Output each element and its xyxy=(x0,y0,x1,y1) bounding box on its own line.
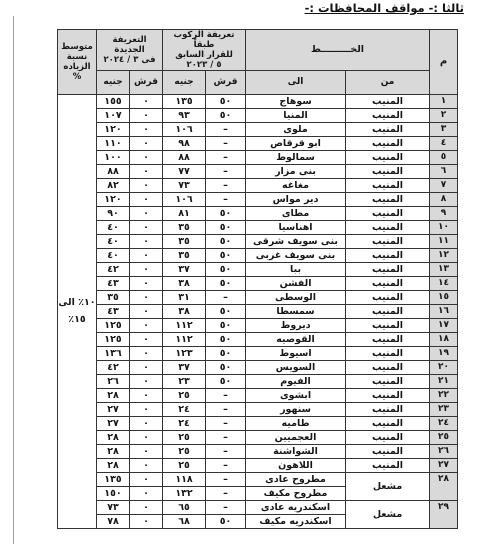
from-cell: المنيب xyxy=(346,277,430,291)
prev-qirsh-cell: – xyxy=(206,123,246,137)
new-pound-cell: ٢٦ xyxy=(97,375,130,389)
from-cell: المنيب xyxy=(346,403,430,417)
new-pound-cell: ٣٥ xyxy=(97,291,130,305)
new-qirsh-cell: ٠ xyxy=(130,515,163,529)
prev-pound-cell: ١٠٦ xyxy=(163,193,206,207)
to-cell: مطروح مكيف xyxy=(246,487,346,501)
table-row: ٢٦المنيبالشواشنة–٢٥٠٢٨ xyxy=(58,445,458,459)
table-header: م الخـــــــــط تعريفة الركوب طبقاً للقر… xyxy=(58,30,458,95)
to-cell: بنى سويف غربى xyxy=(246,249,346,263)
header-increase: متوسط نسبة الزياده % xyxy=(58,30,97,95)
from-cell: المنيب xyxy=(346,249,430,263)
prev-pound-cell: ١٢٣ xyxy=(163,347,206,361)
from-cell: المنيب xyxy=(346,333,430,347)
prev-pound-cell: ٩٨ xyxy=(163,137,206,151)
prev-pound-cell: ٢٤ xyxy=(163,403,206,417)
to-cell: ابشوى xyxy=(246,389,346,403)
serial-cell: ٩ xyxy=(430,207,458,221)
from-cell: مشعل xyxy=(346,473,430,501)
table-row: ١٤المنيبالفشن٥٠٣٨٠٤٣ xyxy=(58,277,458,291)
to-cell: الفشن xyxy=(246,277,346,291)
from-cell: المنيب xyxy=(346,221,430,235)
serial-cell: ١٩ xyxy=(430,347,458,361)
table-row: ٢١المنيبالفيوم٥٠٢٣٠٢٦ xyxy=(58,375,458,389)
new-pound-cell: ١٠٠ xyxy=(97,151,130,165)
new-pound-cell: ١١٠ xyxy=(97,137,130,151)
new-qirsh-cell: ٠ xyxy=(130,263,163,277)
new-pound-cell: ٤٢ xyxy=(97,361,130,375)
new-qirsh-cell: ٠ xyxy=(130,249,163,263)
prev-qirsh-cell: ٥٠ xyxy=(206,109,246,123)
table-row: ٣المنيبملوى–١٠٦٠١٢٠ xyxy=(58,123,458,137)
prev-pound-cell: ٣٨ xyxy=(163,305,206,319)
to-cell: سنهور xyxy=(246,403,346,417)
new-pound-cell: ١٢٠ xyxy=(97,123,130,137)
header-sub-row: من الى قرش جنيه قرش جنيه xyxy=(58,71,458,95)
new-pound-cell: ٤٠ xyxy=(97,221,130,235)
from-cell: المنيب xyxy=(346,263,430,277)
serial-cell: ٢٢ xyxy=(430,389,458,403)
to-cell: سمالوط xyxy=(246,151,346,165)
prev-qirsh-cell: ٥٠ xyxy=(206,361,246,375)
header-qirsh-prev: قرش xyxy=(206,71,246,95)
new-pound-cell: ٤٢ xyxy=(97,263,130,277)
header-group-row: م الخـــــــــط تعريفة الركوب طبقاً للقر… xyxy=(58,30,458,71)
serial-cell: ١٥ xyxy=(430,291,458,305)
table-row: ١٥المنيبالوسطى–٣١٠٣٥ xyxy=(58,291,458,305)
serial-cell: ١٤ xyxy=(430,277,458,291)
prev-pound-cell: ١١٨ xyxy=(163,473,206,487)
to-cell: بنى مزار xyxy=(246,165,346,179)
new-pound-cell: ٤٠ xyxy=(97,249,130,263)
new-pound-cell: ١٥٥ xyxy=(97,95,130,109)
prev-qirsh-cell: – xyxy=(206,389,246,403)
to-cell: دير مواس xyxy=(246,193,346,207)
prev-pound-cell: ٢٤ xyxy=(163,417,206,431)
new-qirsh-cell: ٠ xyxy=(130,123,163,137)
new-pound-cell: ١٢٥ xyxy=(97,333,130,347)
to-cell: اسكندريه عادى xyxy=(246,501,346,515)
header-from: من xyxy=(346,71,430,95)
to-cell: سمسطا xyxy=(246,305,346,319)
table-row: ١٢المنيببنى سويف غربى٥٠٣٥٠٤٠ xyxy=(58,249,458,263)
table-row: ١٧المنيبديروط٥٠١١٢٠١٢٥ xyxy=(58,319,458,333)
table-row: ٢٤المنيبطاميه–٢٤٠٢٧ xyxy=(58,417,458,431)
prev-pound-cell: ٢٥ xyxy=(163,445,206,459)
new-qirsh-cell: ٠ xyxy=(130,417,163,431)
prev-pound-cell: ٢٣ xyxy=(163,375,206,389)
from-cell: المنيب xyxy=(346,389,430,403)
page-margin-line xyxy=(13,16,14,544)
prev-pound-cell: ٨١ xyxy=(163,207,206,221)
from-cell: المنيب xyxy=(346,417,430,431)
table-row: ٢٣المنيبسنهور–٢٤٠٢٧ xyxy=(58,403,458,417)
to-cell: مطاى xyxy=(246,207,346,221)
increase-value-cell: ١٠٪ الى ١٥٪ xyxy=(58,95,97,529)
new-pound-cell: ٤٠ xyxy=(97,235,130,249)
new-qirsh-cell: ٠ xyxy=(130,403,163,417)
new-pound-cell: ٧٨ xyxy=(97,515,130,529)
new-qirsh-cell: ٠ xyxy=(130,333,163,347)
serial-cell: ٢٥ xyxy=(430,431,458,445)
prev-qirsh-cell: – xyxy=(206,459,246,473)
prev-qirsh-cell: ٥٠ xyxy=(206,95,246,109)
to-cell: مغاغه xyxy=(246,179,346,193)
new-qirsh-cell: ٠ xyxy=(130,361,163,375)
prev-qirsh-cell: – xyxy=(206,193,246,207)
prev-qirsh-cell: – xyxy=(206,473,246,487)
table-row: ٢٠المنيبالسويس٥٠٣٧٠٤٢ xyxy=(58,361,458,375)
header-pound-new: جنيه xyxy=(97,71,130,95)
to-cell: اهناسيا xyxy=(246,221,346,235)
from-cell: المنيب xyxy=(346,109,430,123)
new-qirsh-cell: ٠ xyxy=(130,347,163,361)
new-qirsh-cell: ٠ xyxy=(130,95,163,109)
serial-cell: ١٠ xyxy=(430,221,458,235)
prev-pound-cell: ٨٨ xyxy=(163,151,206,165)
prev-pound-cell: ٧٣ xyxy=(163,179,206,193)
new-pound-cell: ١٥٠ xyxy=(97,487,130,501)
serial-cell: ٢٩ xyxy=(430,501,458,529)
serial-cell: ٢١ xyxy=(430,375,458,389)
prev-pound-cell: ٦٥ xyxy=(163,501,206,515)
new-qirsh-cell: ٠ xyxy=(130,109,163,123)
header-new-tariff: التعريفة الجديدة فى ٣ / ٢٠٢٤ xyxy=(97,30,163,71)
new-qirsh-cell: ٠ xyxy=(130,445,163,459)
prev-pound-cell: ٢٥ xyxy=(163,459,206,473)
table-body: ١المنيبسوهاج٥٠١٣٥٠١٥٥١٠٪ الى ١٥٪٢المنيبا… xyxy=(58,95,458,529)
new-pound-cell: ٢٨ xyxy=(97,431,130,445)
prev-qirsh-cell: – xyxy=(206,431,246,445)
new-pound-cell: ١٣٥ xyxy=(97,473,130,487)
new-qirsh-cell: ٠ xyxy=(130,487,163,501)
new-pound-cell: ٧٣ xyxy=(97,501,130,515)
table-row: ١٣المنيبببا٥٠٣٧٠٤٢ xyxy=(58,263,458,277)
new-qirsh-cell: ٠ xyxy=(130,277,163,291)
prev-pound-cell: ١٠٦ xyxy=(163,123,206,137)
serial-cell: ٢٨ xyxy=(430,473,458,501)
to-cell: الفيوم xyxy=(246,375,346,389)
serial-cell: ٣ xyxy=(430,123,458,137)
prev-qirsh-cell: ٥٠ xyxy=(206,263,246,277)
new-qirsh-cell: ٠ xyxy=(130,501,163,515)
table-row: ٢٥المنيبالعجميين–٢٥٠٢٨ xyxy=(58,431,458,445)
header-qirsh-new: قرش xyxy=(130,71,163,95)
prev-pound-cell: ٣٧ xyxy=(163,361,206,375)
serial-cell: ٦ xyxy=(430,165,458,179)
prev-pound-cell: ٧٧ xyxy=(163,165,206,179)
serial-cell: ٥ xyxy=(430,151,458,165)
to-cell: المنيا xyxy=(246,109,346,123)
table-row: ٢٨مشعلمطروح عادى–١١٨٠١٣٥ xyxy=(58,473,458,487)
prev-qirsh-cell: ٥٠ xyxy=(206,277,246,291)
new-pound-cell: ١٢٥ xyxy=(97,319,130,333)
prev-qirsh-cell: – xyxy=(206,179,246,193)
from-cell: المنيب xyxy=(346,95,430,109)
prev-qirsh-cell: ٥٠ xyxy=(206,249,246,263)
new-qirsh-cell: ٠ xyxy=(130,291,163,305)
new-qirsh-cell: ٠ xyxy=(130,319,163,333)
from-cell: المنيب xyxy=(346,291,430,305)
from-cell: المنيب xyxy=(346,347,430,361)
new-qirsh-cell: ٠ xyxy=(130,235,163,249)
new-pound-cell: ٨٢ xyxy=(97,179,130,193)
prev-qirsh-cell: ٥٠ xyxy=(206,515,246,529)
prev-qirsh-cell: ٥٠ xyxy=(206,375,246,389)
serial-cell: ١١ xyxy=(430,235,458,249)
to-cell: ملوى xyxy=(246,123,346,137)
prev-pound-cell: ٣٥ xyxy=(163,249,206,263)
prev-qirsh-cell: – xyxy=(206,403,246,417)
table-row: ١٩المنيباسيوط٥٠١٢٣٠١٣٦ xyxy=(58,347,458,361)
to-cell: الوسطى xyxy=(246,291,346,305)
from-cell: المنيب xyxy=(346,361,430,375)
prev-pound-cell: ٣٧ xyxy=(163,263,206,277)
from-cell: المنيب xyxy=(346,123,430,137)
serial-cell: ٨ xyxy=(430,193,458,207)
serial-cell: ٤ xyxy=(430,137,458,151)
new-qirsh-cell: ٠ xyxy=(130,193,163,207)
prev-qirsh-cell: – xyxy=(206,445,246,459)
table-row: ٢المنيبالمنيا٥٠٩٣٠١٠٧ xyxy=(58,109,458,123)
prev-qirsh-cell: ٥٠ xyxy=(206,221,246,235)
new-pound-cell: ١٠٧ xyxy=(97,109,130,123)
new-qirsh-cell: ٠ xyxy=(130,459,163,473)
scanned-document-page: { "page": { "title": "ثالثا :- مواقف الم… xyxy=(0,0,480,559)
from-cell: المنيب xyxy=(346,151,430,165)
to-cell: اللاهون xyxy=(246,459,346,473)
table-row: ١المنيبسوهاج٥٠١٣٥٠١٥٥١٠٪ الى ١٥٪ xyxy=(58,95,458,109)
to-cell: اسيوط xyxy=(246,347,346,361)
prev-pound-cell: ٢٥ xyxy=(163,431,206,445)
to-cell: اسكندريه مكيف xyxy=(246,515,346,529)
new-pound-cell: ٢٨ xyxy=(97,445,130,459)
from-cell: المنيب xyxy=(346,207,430,221)
prev-qirsh-cell: – xyxy=(206,417,246,431)
table-row: ١١المنيببنى سويف شرقى٥٠٣٥٠٤٠ xyxy=(58,235,458,249)
serial-cell: ١٦ xyxy=(430,305,458,319)
to-cell: القوصيه xyxy=(246,333,346,347)
new-pound-cell: ٢٨ xyxy=(97,459,130,473)
table-row: ٢٢المنيبابشوى–٢٥٠٢٨ xyxy=(58,389,458,403)
to-cell: مطروح عادى xyxy=(246,473,346,487)
header-to: الى xyxy=(246,71,346,95)
table-row: ٢٧المنيباللاهون–٢٥٠٢٨ xyxy=(58,459,458,473)
prev-qirsh-cell: – xyxy=(206,487,246,501)
prev-qirsh-cell: – xyxy=(206,137,246,151)
new-qirsh-cell: ٠ xyxy=(130,473,163,487)
prev-qirsh-cell: – xyxy=(206,291,246,305)
prev-pound-cell: ٣١ xyxy=(163,291,206,305)
table-row: ٧المنيبمغاغه–٧٣٠٨٢ xyxy=(58,179,458,193)
new-qirsh-cell: ٠ xyxy=(130,221,163,235)
table-row: ٤المنيبابو قرقاص–٩٨٠١١٠ xyxy=(58,137,458,151)
to-cell: ببا xyxy=(246,263,346,277)
new-pound-cell: ٨٨ xyxy=(97,165,130,179)
table-row: ٩المنيبمطاى٥٠٨١٠٩٠ xyxy=(58,207,458,221)
table-row: ١٨المنيبالقوصيه٥٠١١٢٠١٢٥ xyxy=(58,333,458,347)
from-cell: المنيب xyxy=(346,305,430,319)
prev-qirsh-cell: ٥٠ xyxy=(206,235,246,249)
from-cell: المنيب xyxy=(346,179,430,193)
to-cell: بنى سويف شرقى xyxy=(246,235,346,249)
serial-cell: ٢٤ xyxy=(430,417,458,431)
prev-pound-cell: ٣٥ xyxy=(163,221,206,235)
from-cell: المنيب xyxy=(346,319,430,333)
new-qirsh-cell: ٠ xyxy=(130,179,163,193)
header-pound-prev: جنيه xyxy=(163,71,206,95)
table-row: ٨المنيبدير مواس–١٠٦٠١٢٠ xyxy=(58,193,458,207)
table-row: ١٦المنيبسمسطا٥٠٣٨٠٤٣ xyxy=(58,305,458,319)
prev-pound-cell: ٢٥ xyxy=(163,389,206,403)
serial-cell: ٧ xyxy=(430,179,458,193)
serial-cell: ٢٧ xyxy=(430,459,458,473)
new-pound-cell: ٩٠ xyxy=(97,207,130,221)
to-cell: السويس xyxy=(246,361,346,375)
table-row: ٢٩مشعلاسكندريه عادى–٦٥٠٧٣ xyxy=(58,501,458,515)
new-pound-cell: ٢٧ xyxy=(97,417,130,431)
prev-pound-cell: ٩٣ xyxy=(163,109,206,123)
to-cell: سوهاج xyxy=(246,95,346,109)
new-qirsh-cell: ٠ xyxy=(130,137,163,151)
from-cell: مشعل xyxy=(346,501,430,529)
new-pound-cell: ٢٨ xyxy=(97,389,130,403)
serial-cell: ١٨ xyxy=(430,333,458,347)
serial-cell: ٢٦ xyxy=(430,445,458,459)
prev-pound-cell: ١١٢ xyxy=(163,319,206,333)
prev-pound-cell: ١٣٢ xyxy=(163,487,206,501)
table-row: ١٠المنيباهناسيا٥٠٣٥٠٤٠ xyxy=(58,221,458,235)
new-pound-cell: ٤٣ xyxy=(97,305,130,319)
header-line-group: الخـــــــــط xyxy=(246,30,430,71)
from-cell: المنيب xyxy=(346,193,430,207)
from-cell: المنيب xyxy=(346,445,430,459)
new-qirsh-cell: ٠ xyxy=(130,375,163,389)
from-cell: المنيب xyxy=(346,137,430,151)
new-pound-cell: ١٣٦ xyxy=(97,347,130,361)
to-cell: ديروط xyxy=(246,319,346,333)
new-qirsh-cell: ٠ xyxy=(130,431,163,445)
prev-qirsh-cell: ٥٠ xyxy=(206,347,246,361)
prev-qirsh-cell: ٥٠ xyxy=(206,333,246,347)
serial-cell: ٢٣ xyxy=(430,403,458,417)
prev-qirsh-cell: ٥٠ xyxy=(206,319,246,333)
new-pound-cell: ٤٣ xyxy=(97,277,130,291)
serial-cell: ١٣ xyxy=(430,263,458,277)
new-qirsh-cell: ٠ xyxy=(130,389,163,403)
prev-qirsh-cell: – xyxy=(206,165,246,179)
new-pound-cell: ٢٧ xyxy=(97,403,130,417)
new-qirsh-cell: ٠ xyxy=(130,207,163,221)
serial-cell: ١٢ xyxy=(430,249,458,263)
prev-qirsh-cell: – xyxy=(206,501,246,515)
prev-qirsh-cell: ٥٠ xyxy=(206,207,246,221)
to-cell: الشواشنة xyxy=(246,445,346,459)
serial-cell: ٢ xyxy=(430,109,458,123)
prev-pound-cell: ٦٨ xyxy=(163,515,206,529)
from-cell: المنيب xyxy=(346,431,430,445)
serial-cell: ١ xyxy=(430,95,458,109)
to-cell: العجميين xyxy=(246,431,346,445)
header-serial: م xyxy=(430,30,458,95)
serial-cell: ٢٠ xyxy=(430,361,458,375)
new-pound-cell: ١٢٠ xyxy=(97,193,130,207)
from-cell: المنيب xyxy=(346,235,430,249)
table-row: ٥المنيبسمالوط–٨٨٠١٠٠ xyxy=(58,151,458,165)
header-prev-tariff: تعريفة الركوب طبقاً للقرار السابق ٥ / ٢٠… xyxy=(163,30,246,71)
governorate-fares-table: م الخـــــــــط تعريفة الركوب طبقاً للقر… xyxy=(57,29,458,529)
prev-qirsh-cell: ٥٠ xyxy=(206,305,246,319)
from-cell: المنيب xyxy=(346,165,430,179)
to-cell: طاميه xyxy=(246,417,346,431)
from-cell: المنيب xyxy=(346,375,430,389)
section-title: ثالثا :- مواقف المحافظات :- xyxy=(305,1,464,15)
new-qirsh-cell: ٠ xyxy=(130,151,163,165)
prev-pound-cell: ٣٨ xyxy=(163,277,206,291)
prev-qirsh-cell: – xyxy=(206,151,246,165)
prev-pound-cell: ١٣٥ xyxy=(163,95,206,109)
serial-cell: ١٧ xyxy=(430,319,458,333)
prev-pound-cell: ١١٢ xyxy=(163,333,206,347)
new-qirsh-cell: ٠ xyxy=(130,165,163,179)
new-qirsh-cell: ٠ xyxy=(130,305,163,319)
to-cell: ابو قرقاص xyxy=(246,137,346,151)
table-row: ٦المنيببنى مزار–٧٧٠٨٨ xyxy=(58,165,458,179)
from-cell: المنيب xyxy=(346,459,430,473)
prev-pound-cell: ٣٥ xyxy=(163,235,206,249)
